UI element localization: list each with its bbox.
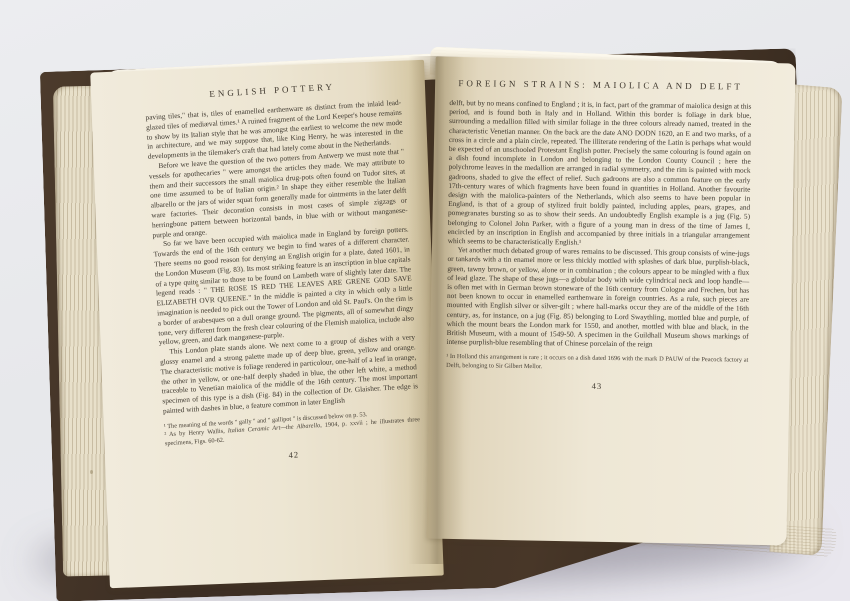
footnote: ¹ In Holland this arrangement is rare ; …	[446, 353, 748, 374]
paragraph: Yet another much debated group of wares …	[446, 245, 749, 350]
paragraph: So far we have been occupied with maioli…	[153, 225, 415, 348]
photo-background: ENGLISH POTTERY paving tiles," that is, …	[0, 0, 850, 601]
right-page: FOREIGN STRAINS: MAIOLICA AND DELFT delf…	[426, 57, 795, 546]
right-page-body: delft, but by no means confined to Engla…	[446, 98, 751, 350]
left-page-body: paving tiles," that is, tiles of enamell…	[145, 98, 419, 416]
right-page-footnotes: ¹ In Holland this arrangement is rare ; …	[446, 353, 748, 374]
page-number-right: 43	[446, 379, 748, 393]
right-page-content: FOREIGN STRAINS: MAIOLICA AND DELFT delf…	[428, 58, 794, 544]
paragraph: delft, but by no means confined to Engla…	[448, 98, 752, 249]
running-head-right: FOREIGN STRAINS: MAIOLICA AND DELFT	[450, 78, 752, 92]
paragraph: Before we leave the question of the two …	[148, 147, 408, 240]
left-page-content: ENGLISH POTTERY paving tiles," that is, …	[85, 57, 449, 592]
paper-speck	[196, 284, 199, 287]
left-page-footnotes: ¹ The meaning of the words " gally " and…	[164, 408, 421, 448]
paper-speck	[90, 470, 93, 474]
paragraph: This London plate stands alone. We next …	[159, 332, 419, 416]
left-page: ENGLISH POTTERY paving tiles," that is, …	[90, 60, 444, 588]
